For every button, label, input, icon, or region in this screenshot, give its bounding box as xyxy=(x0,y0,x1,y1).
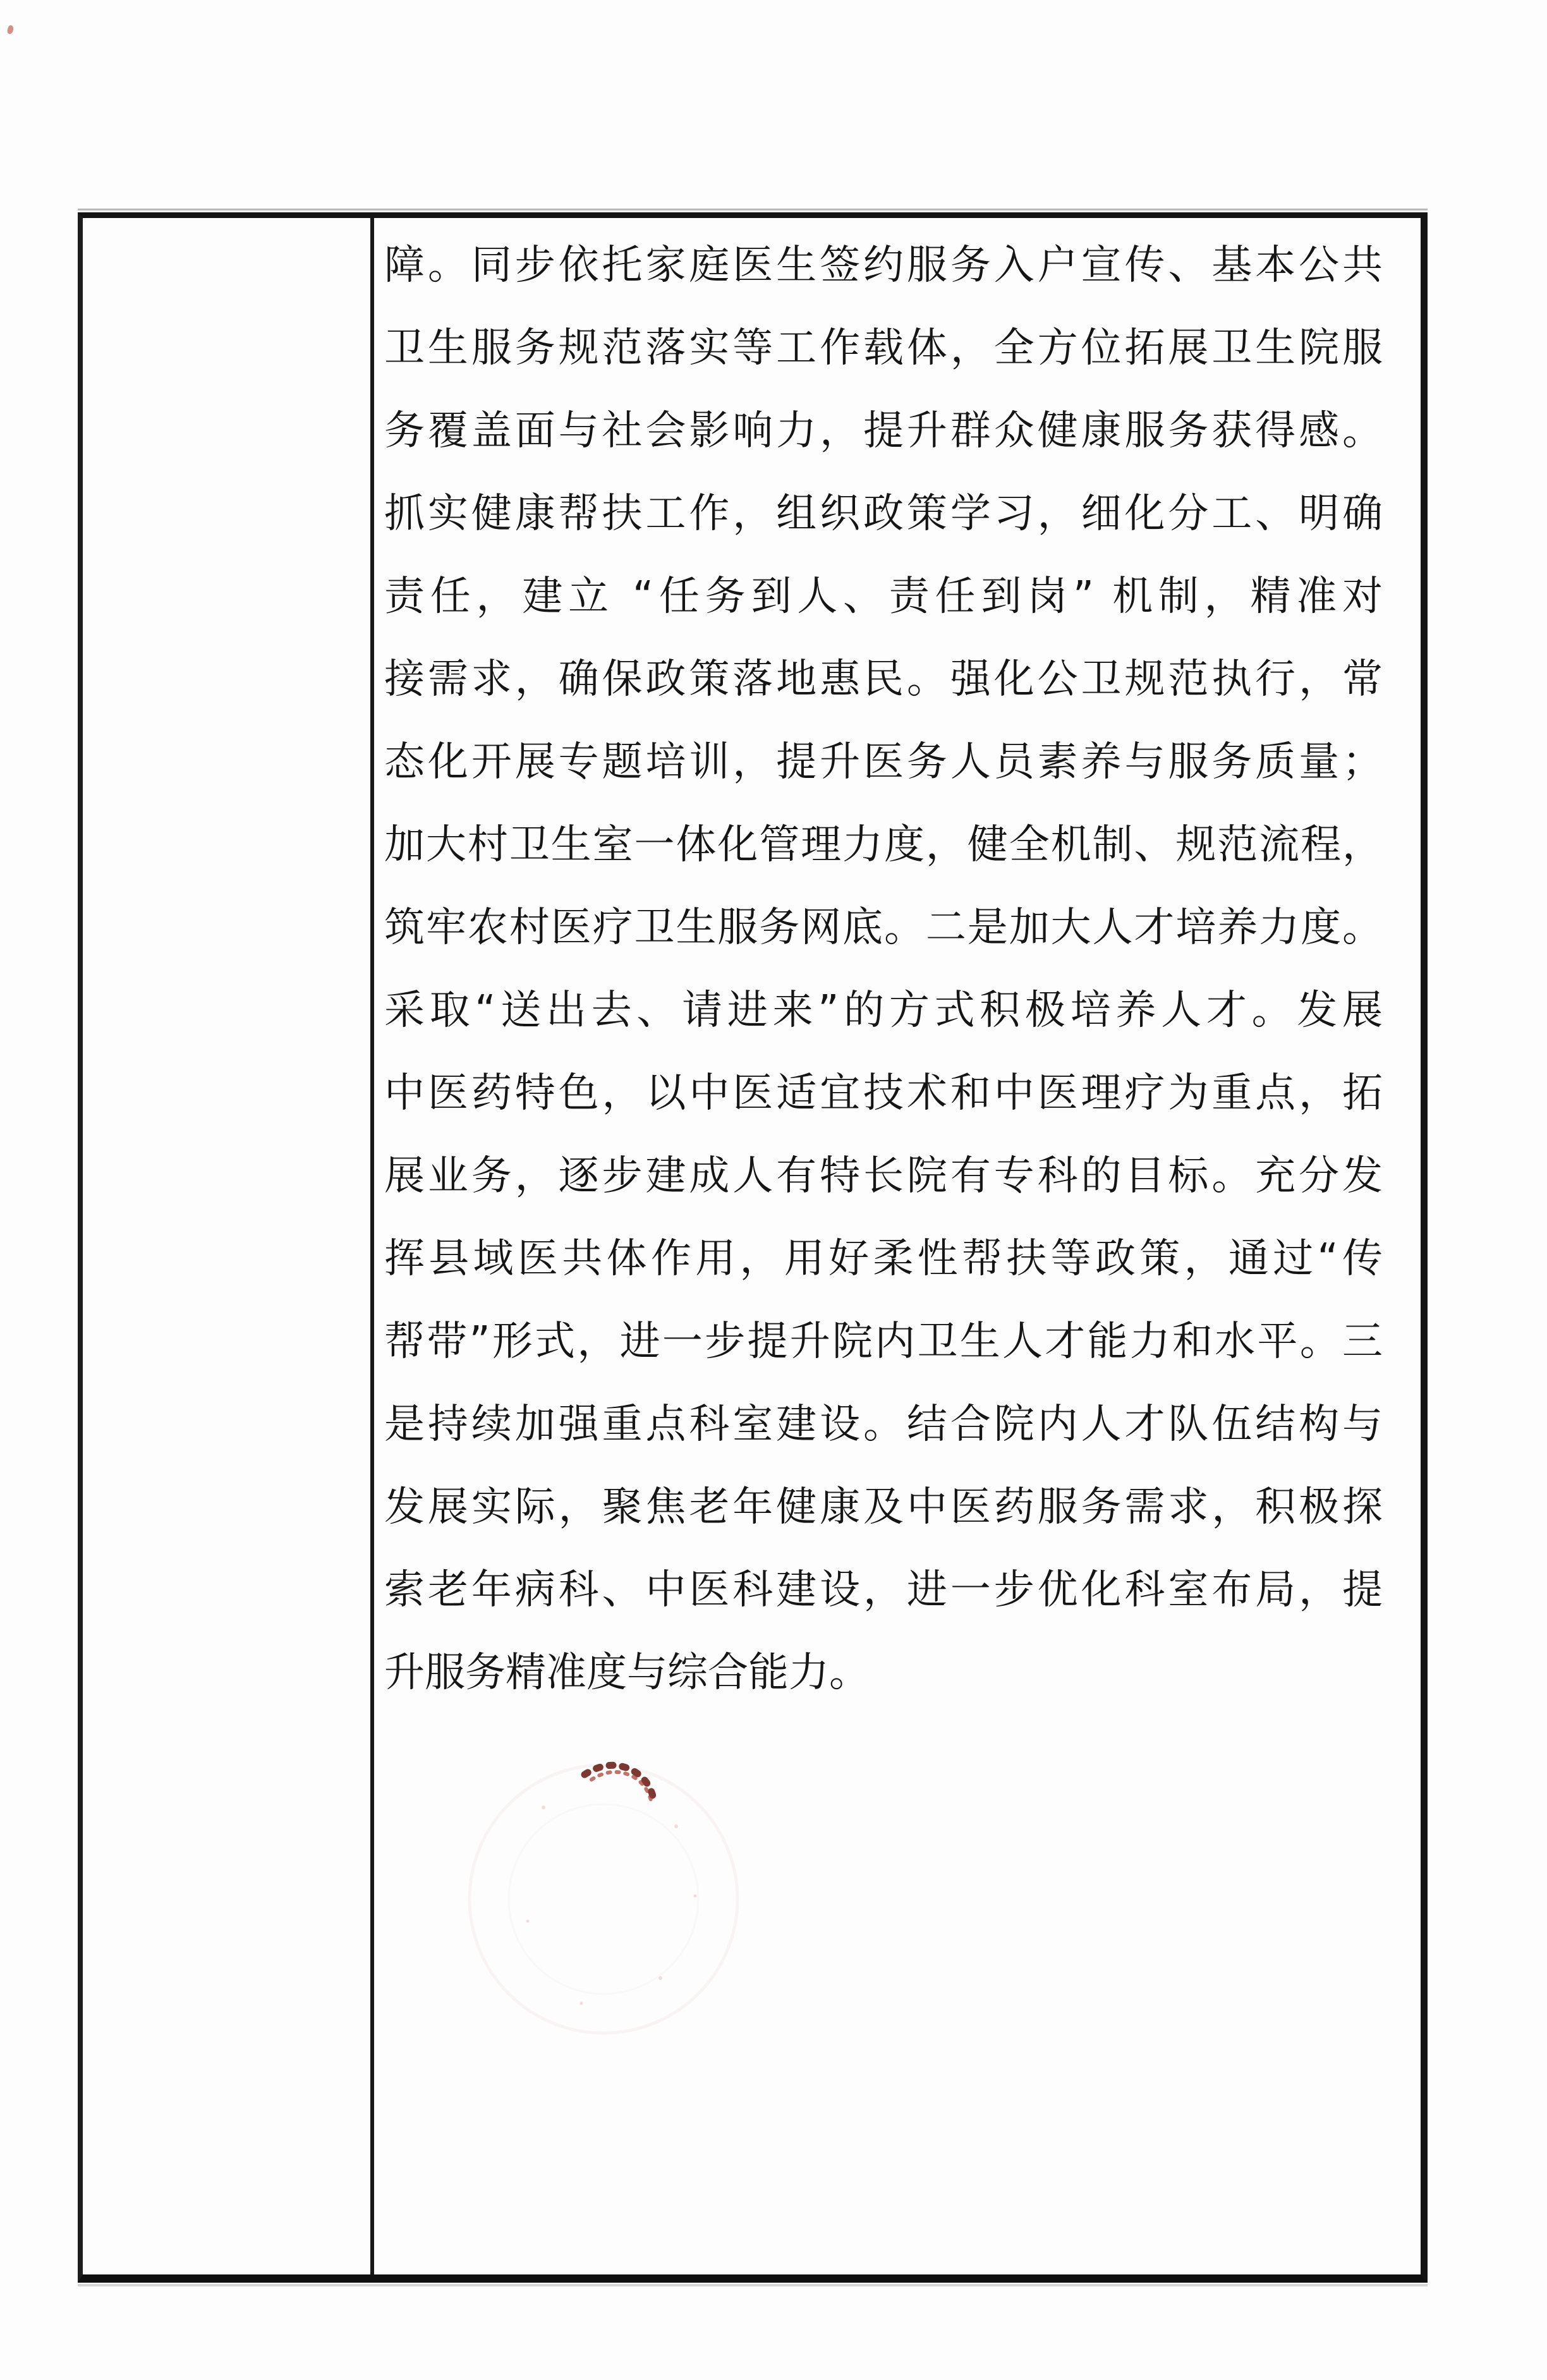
text-line: 帮带”形式，进一步提升院内卫生人才能力和水平。三 xyxy=(384,1301,1383,1383)
text-line: 接需求，确保政策落地惠民。强化公卫规范执行，常 xyxy=(384,638,1383,721)
text-line: 发展实际，聚焦老年健康及中医药服务需求，积极探 xyxy=(384,1466,1383,1549)
text-line: 展业务，逐步建成人有特长院有专科的目标。充分发 xyxy=(384,1135,1383,1218)
text-line: 中医药特色，以中医适宜技术和中医理疗为重点，拓 xyxy=(384,1052,1383,1135)
text-line: 筑牢农村医疗卫生服务网底。二是加大人才培养力度。 xyxy=(384,887,1383,969)
text-line: 障。同步依托家庭医生签约服务入户宣传、基本公共 xyxy=(384,224,1383,307)
text-line: 态化开展专题培训，提升医务人员素养与服务质量； xyxy=(384,721,1383,804)
scan-artifact-speck xyxy=(6,25,15,35)
body-text-block: 障。同步依托家庭医生签约服务入户宣传、基本公共 卫生服务规范落实等工作载体，全方… xyxy=(384,224,1383,1715)
text-line: 务覆盖面与社会影响力，提升群众健康服务获得感。 xyxy=(384,390,1383,473)
text-line: 加大村卫生室一体化管理力度，健全机制、规范流程， xyxy=(384,804,1383,887)
text-line: 索老年病科、中医科建设，进一步优化科室布局，提 xyxy=(384,1549,1383,1632)
text-line: 升服务精准度与综合能力。 xyxy=(384,1632,1383,1715)
text-line: 采取“送出去、请进来”的方式积极培养人才。发展 xyxy=(384,969,1383,1052)
text-line: 挥县域医共体作用，用好柔性帮扶等政策，通过“传 xyxy=(384,1218,1383,1301)
scanned-page: 障。同步依托家庭医生签约服务入户宣传、基本公共 卫生服务规范落实等工作载体，全方… xyxy=(0,0,1547,2380)
text-line: 抓实健康帮扶工作，组织政策学习，细化分工、明确 xyxy=(384,473,1383,556)
text-line: 卫生服务规范落实等工作载体，全方位拓展卫生院服 xyxy=(384,307,1383,390)
text-line: 责任，建立 “任务到人、责任到岗” 机制，精准对 xyxy=(384,556,1383,638)
text-line: 是持续加强重点科室建设。结合院内人才队伍结构与 xyxy=(384,1383,1383,1466)
table-left-column xyxy=(83,218,370,2274)
